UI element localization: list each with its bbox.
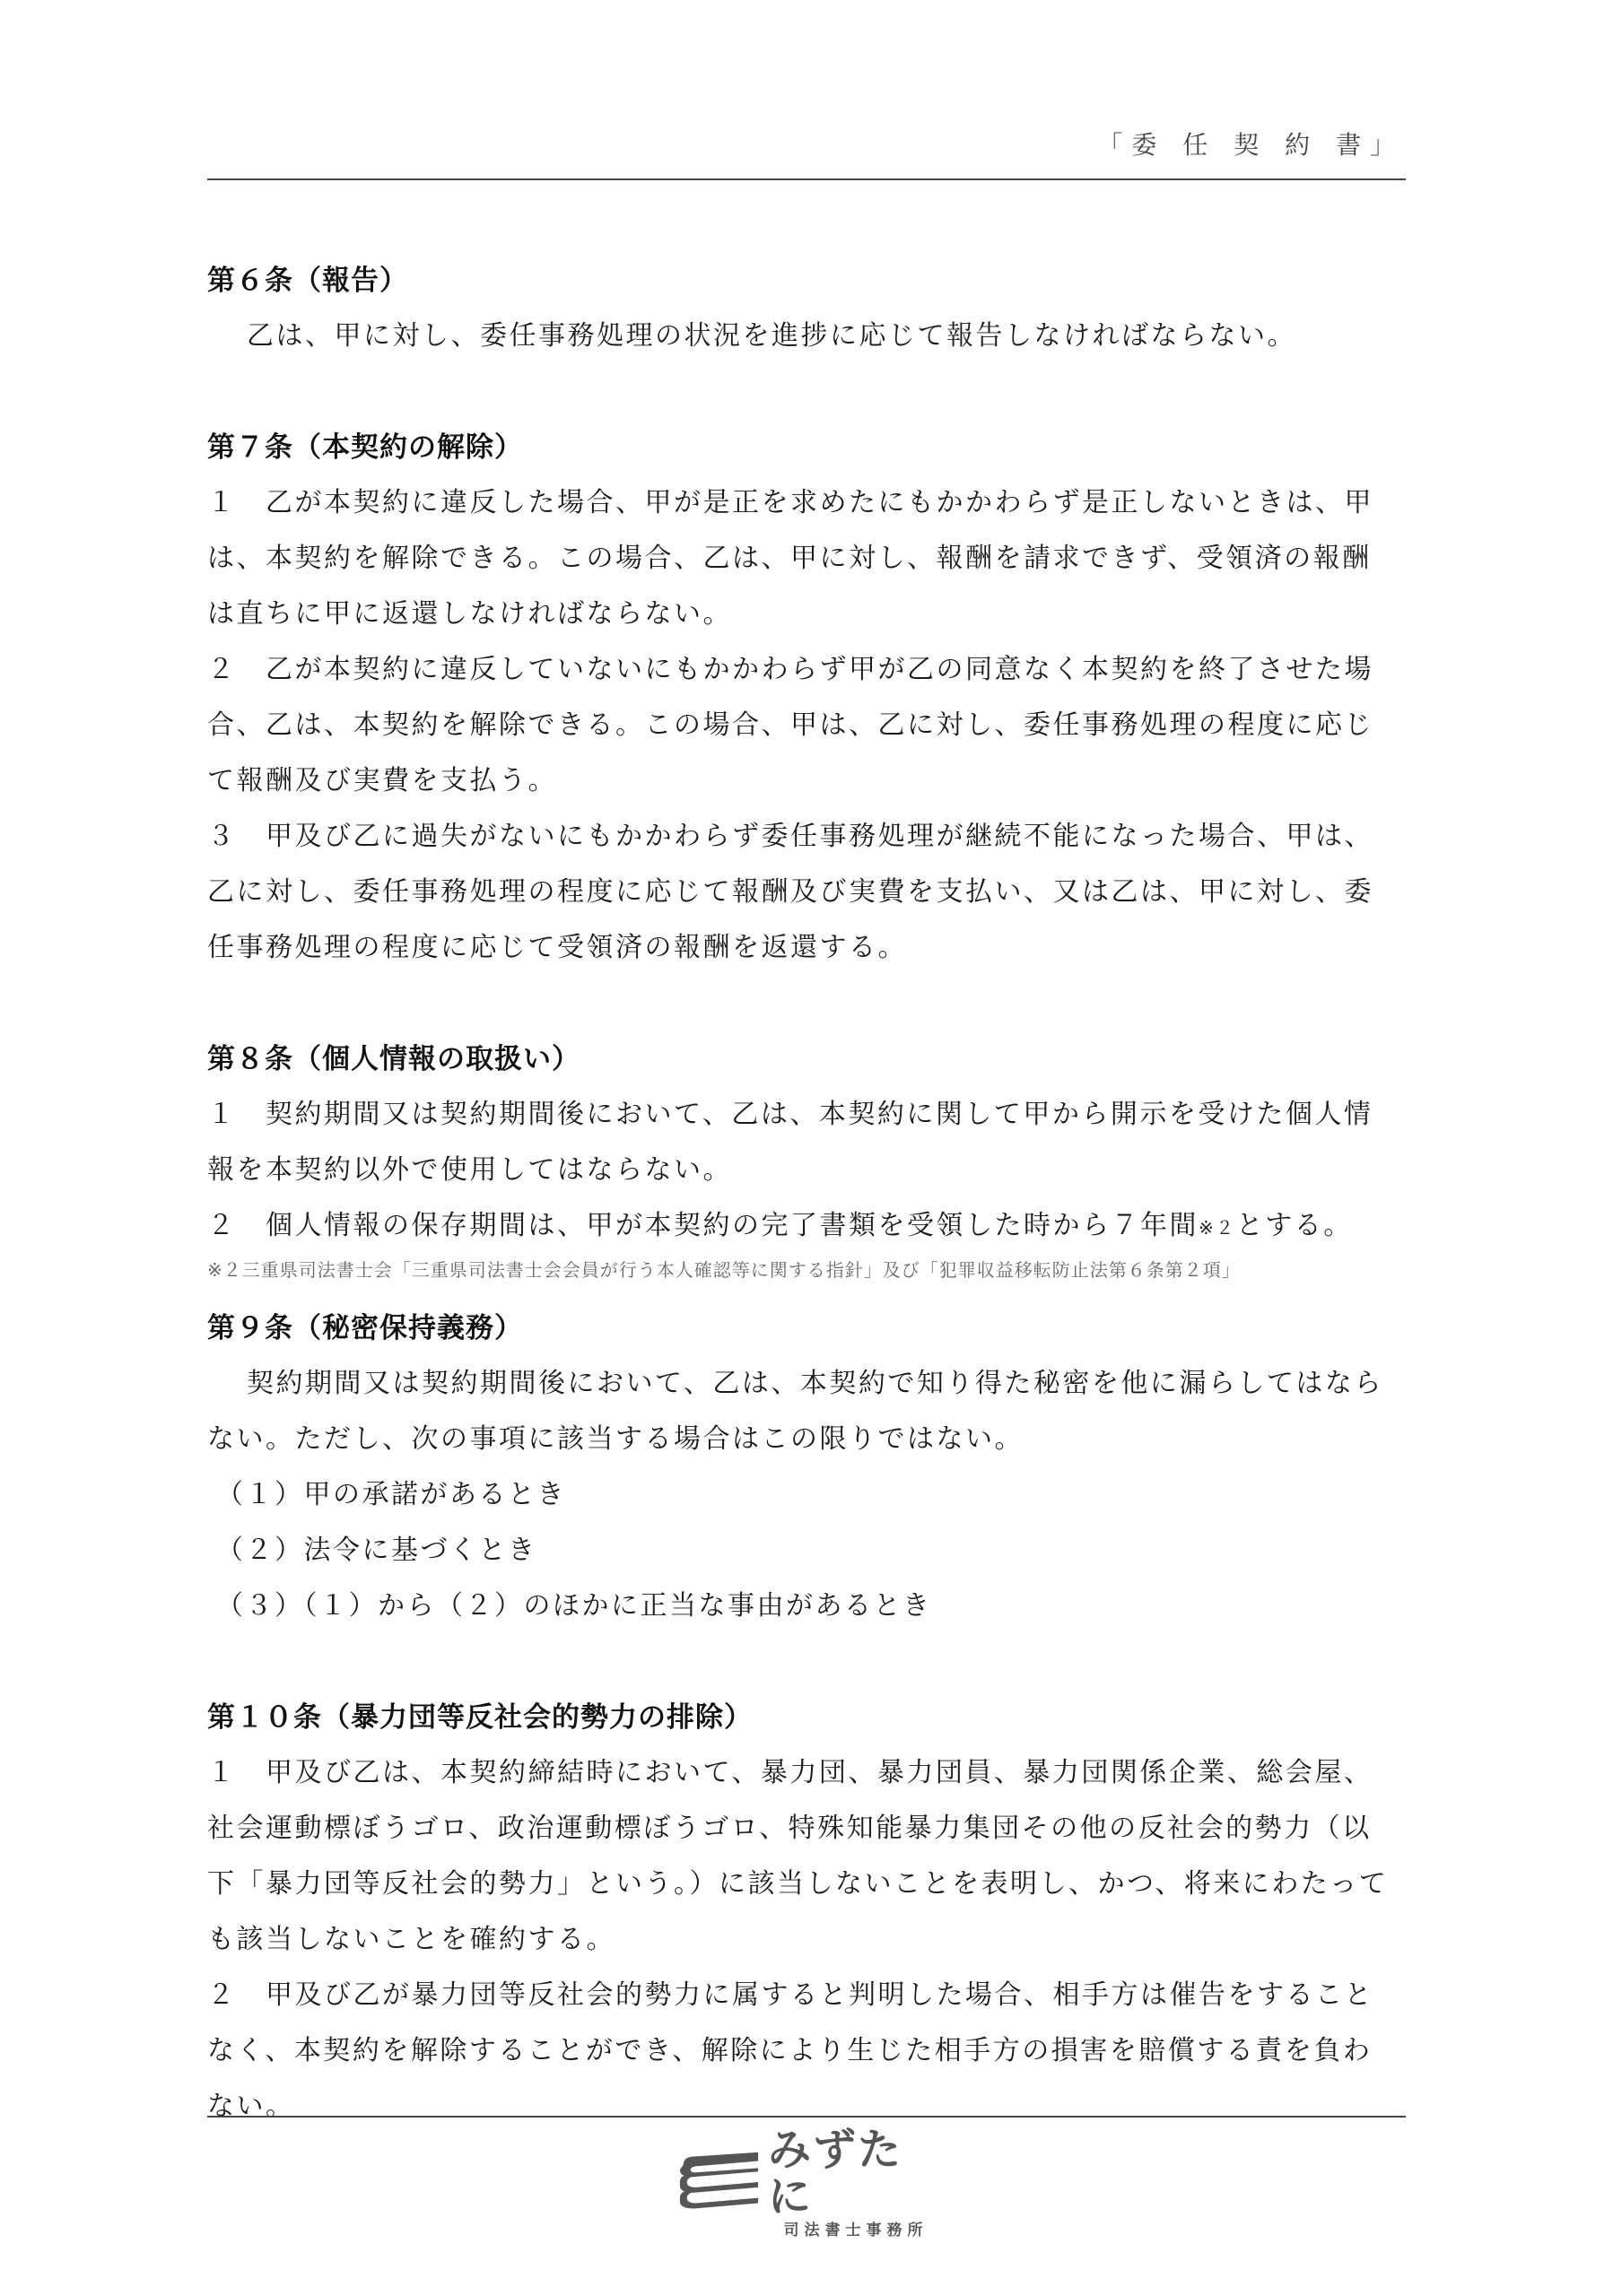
- article-paragraph: ２ 甲及び乙が暴力団等反社会的勢力に属すると判明した場合、相手方は催告をすること: [207, 1968, 1409, 2023]
- list-item: （１）甲の承諾があるとき: [207, 1467, 1409, 1523]
- article-paragraph: は直ちに甲に返還しなければならない。: [207, 587, 1409, 642]
- article-paragraph: 契約期間又は契約期間後において、乙は、本契約で知り得た秘密を他に漏らしてはなら: [207, 1356, 1409, 1412]
- document-body: 第６条（報告） 乙は、甲に対し、委任事務処理の状況を進捗に応じて報告しなければな…: [207, 253, 1409, 2135]
- article-title: 第１０条（暴力団等反社会的勢力の排除）: [207, 1690, 1409, 1745]
- article-10: 第１０条（暴力団等反社会的勢力の排除） １ 甲及び乙は、本契約締結時において、暴…: [207, 1690, 1409, 2135]
- stacked-books-icon: [675, 2148, 763, 2220]
- article-paragraph: 社会運動標ぼうゴロ、政治運動標ぼうゴロ、特殊知能暴力集団その他の反社会的勢力（以: [207, 1801, 1409, 1857]
- article-9: 第９条（秘密保持義務） 契約期間又は契約期間後において、乙は、本契約で知り得た秘…: [207, 1300, 1409, 1634]
- article-paragraph: 合、乙は、本契約を解除できる。この場合、甲は、乙に対し、委任事務処理の程度に応じ: [207, 698, 1409, 753]
- article-paragraph: も該当しないことを確約する。: [207, 1912, 1409, 1968]
- article-title: 第６条（報告）: [207, 253, 1409, 309]
- article-paragraph: 報を本契約以外で使用してはならない。: [207, 1143, 1409, 1198]
- footnote: ※２三重県司法書士会「三重県司法書士会会員が行う本人確認等に関する指針」及び「犯…: [207, 1254, 1409, 1286]
- document-page: 「委 任 契 約 書」 第６条（報告） 乙は、甲に対し、委任事務処理の状況を進捗…: [0, 0, 1613, 2296]
- article-title: 第８条（個人情報の取扱い）: [207, 1031, 1409, 1087]
- article-7: 第７条（本契約の解除） １ 乙が本契約に違反した場合、甲が是正を求めたにもかかわ…: [207, 420, 1409, 976]
- office-logo: みずたに 司法書士事務所: [675, 2139, 944, 2229]
- article-paragraph: １ 乙が本契約に違反した場合、甲が是正を求めたにもかかわらず是正しないときは、甲: [207, 475, 1409, 531]
- article-paragraph: 任事務処理の程度に応じて受領済の報酬を返還する。: [207, 920, 1409, 976]
- article-title: 第９条（秘密保持義務）: [207, 1300, 1409, 1356]
- article-8: 第８条（個人情報の取扱い） １ 契約期間又は契約期間後において、乙は、本契約に関…: [207, 1031, 1409, 1286]
- article-paragraph: 下「暴力団等反社会的勢力」という。）に該当しないことを表明し、かつ、将来にわたっ…: [207, 1857, 1409, 1912]
- logo-text: みずたに 司法書士事務所: [768, 2126, 944, 2241]
- header-divider: [207, 178, 1406, 180]
- article-title: 第７条（本契約の解除）: [207, 420, 1409, 475]
- article-paragraph: ２ 乙が本契約に違反していないにもかかわらず甲が乙の同意なく本契約を終了させた場: [207, 642, 1409, 698]
- list-item: （２）法令に基づくとき: [207, 1523, 1409, 1578]
- spacer: [207, 364, 1409, 420]
- spacer: [207, 976, 1409, 1031]
- article-paragraph: 乙に対し、委任事務処理の程度に応じて報酬及び実費を支払い、又は乙は、甲に対し、委: [207, 865, 1409, 920]
- article-paragraph: ２ 個人情報の保存期間は、甲が本契約の完了書類を受領した時から７年間※２とする。: [207, 1198, 1409, 1254]
- article-paragraph: ない。ただし、次の事項に該当する場合はこの限りではない。: [207, 1412, 1409, 1467]
- article-paragraph: １ 契約期間又は契約期間後において、乙は、本契約に関して甲から開示を受けた個人情: [207, 1087, 1409, 1143]
- footnote-reference: ※２: [1199, 1217, 1236, 1239]
- logo-subtitle: 司法書士事務所: [784, 2220, 929, 2241]
- footer-divider: [207, 2116, 1406, 2118]
- article-paragraph: て報酬及び実費を支払う。: [207, 753, 1409, 809]
- article-paragraph: なく、本契約を解除することができ、解除により生じた相手方の損害を賠償する責を負わ: [207, 2023, 1409, 2079]
- paragraph-text: とする。: [1236, 1210, 1353, 1241]
- article-paragraph: は、本契約を解除できる。この場合、乙は、甲に対し、報酬を請求できず、受領済の報酬: [207, 531, 1409, 587]
- article-paragraph: 乙は、甲に対し、委任事務処理の状況を進捗に応じて報告しなければならない。: [207, 309, 1409, 364]
- list-item: （３）（１）から（２）のほかに正当な事由があるとき: [207, 1578, 1409, 1634]
- spacer: [207, 1286, 1409, 1300]
- paragraph-text: ２ 個人情報の保存期間は、甲が本契約の完了書類を受領した時から７年間: [207, 1210, 1199, 1241]
- article-paragraph: ３ 甲及び乙に過失がないにもかかわらず委任事務処理が継続不能になった場合、甲は、: [207, 809, 1409, 865]
- article-paragraph: １ 甲及び乙は、本契約締結時において、暴力団、暴力団員、暴力団関係企業、総会屋、: [207, 1745, 1409, 1801]
- document-title: 「委 任 契 約 書」: [1097, 126, 1404, 161]
- spacer: [207, 1634, 1409, 1690]
- article-6: 第６条（報告） 乙は、甲に対し、委任事務処理の状況を進捗に応じて報告しなければな…: [207, 253, 1409, 364]
- logo-name: みずたに: [768, 2126, 944, 2220]
